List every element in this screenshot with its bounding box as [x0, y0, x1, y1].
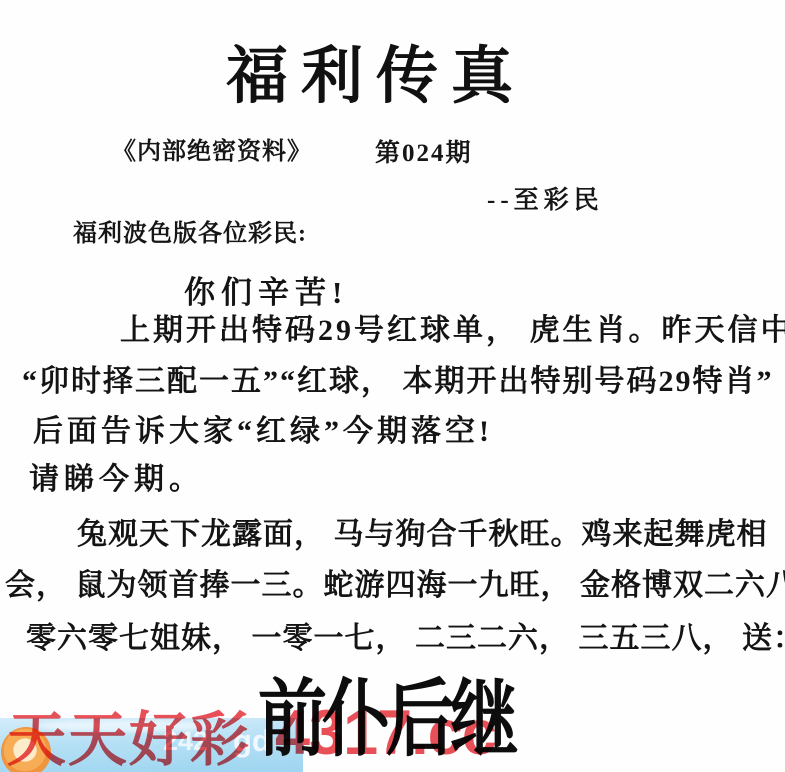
paragraph-line-1: 上期开出特码29号红球单， 虎生肖。昨天信中提供	[120, 305, 785, 349]
lottery-fax-flyer: 福利传真 《内部绝密资料》 第024期 --至彩民 福利波色版各位彩民: 你们辛…	[0, 0, 785, 772]
numbers-line: 零六零七姐妹， 一零一七， 二三二六， 三五三八， 送： 蓝绿	[26, 613, 785, 657]
paragraph-line-4: 请睇今期。	[29, 454, 204, 498]
issue-number: 第024期	[375, 133, 473, 169]
dedication-line: --至彩民	[487, 180, 604, 216]
paragraph-line-3: 后面告诉大家“红绿”今期落空!	[33, 406, 493, 450]
salutation-line: 福利波色版各位彩民:	[73, 213, 307, 248]
paragraph-line-2: “卯时择三配一五”“红球， 本期开出特别号码29特肖”	[22, 356, 774, 400]
watermark-site: 4317.cc	[275, 697, 496, 769]
poem-line-2: 会， 鼠为领首捧一三。蛇游四海一九旺， 金格博双二六八。	[5, 560, 785, 604]
poem-line-1: 兔观天下龙露面， 马与狗合千秋旺。鸡来起舞虎相	[77, 509, 768, 553]
classification-label: 《内部绝密资料》	[112, 131, 312, 166]
watermark-brand: 天天好彩	[7, 692, 251, 772]
page-title: 福利传真	[226, 26, 526, 115]
